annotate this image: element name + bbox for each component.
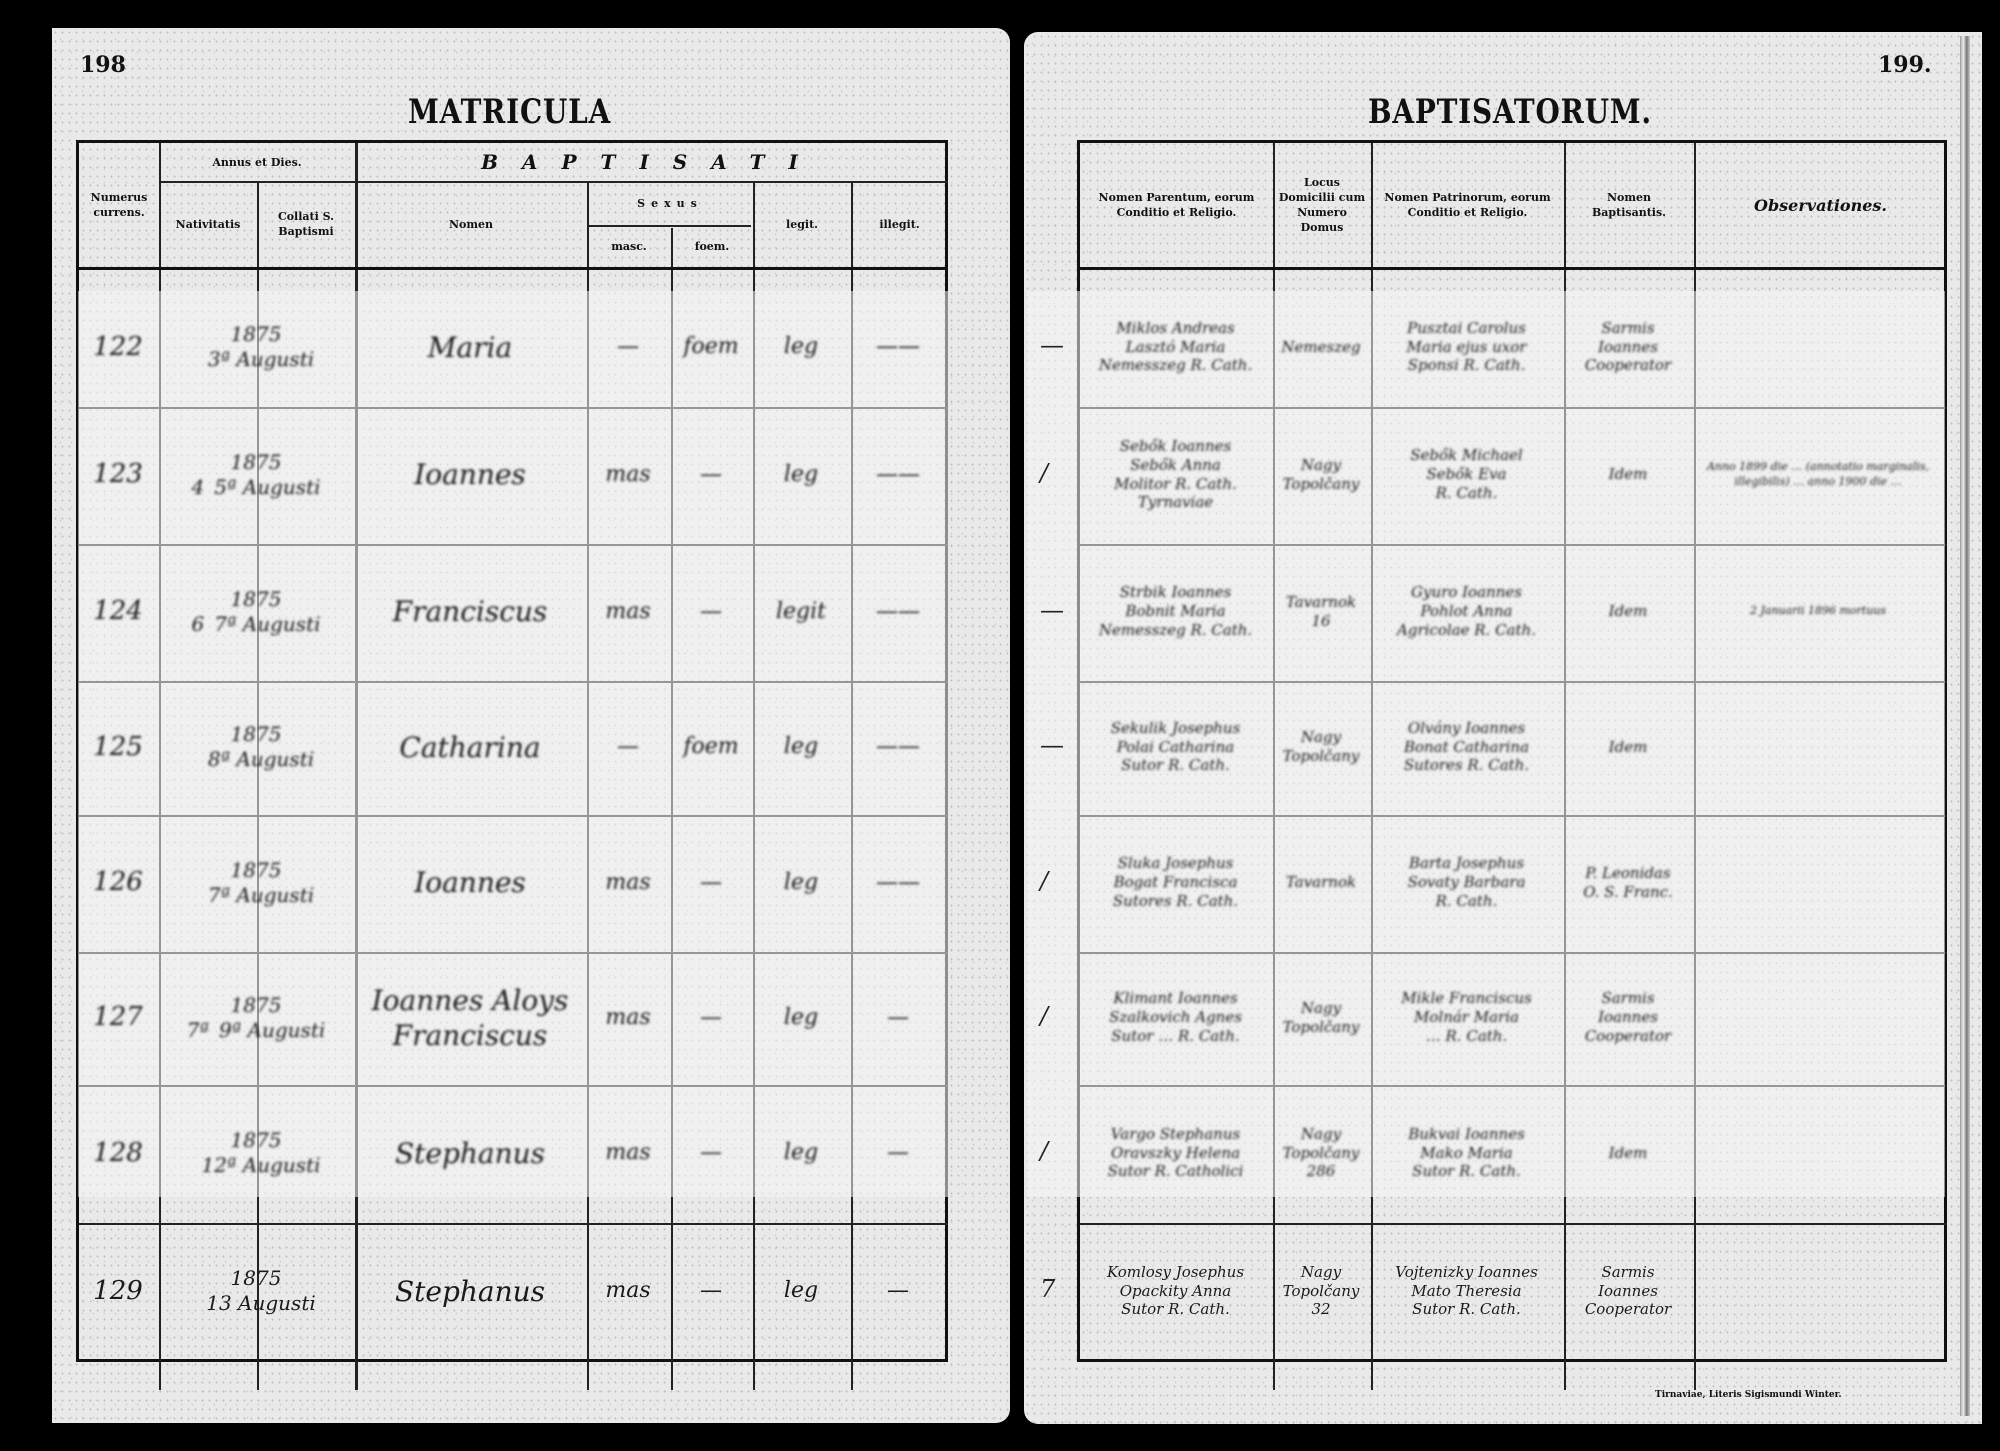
parentes-cell: Sekulik Josephus Polai Catharina Sutor R… [1079,682,1272,812]
masc-cell: mas [586,953,670,1082]
observationes-cell [1693,1224,1943,1358]
parentes-cell: Strbik Ioannes Bobnit Maria Nemesszeg R.… [1079,545,1272,678]
numerus-cell: 129 [78,1224,158,1358]
observationes-cell [1693,953,1943,1082]
date-cell: 18757ª Augusti [158,816,354,949]
numerus-cell: 128 [78,1086,158,1220]
nativitatis-day: 7ª [187,1018,209,1043]
collati-date: 7ª Augusti [208,883,314,908]
collati-date: 12ª Augusti [201,1153,320,1178]
locus-cell: Tavarnok [1272,816,1370,949]
baptisans-cell: P. Leonidas O. S. Franc. [1563,816,1693,949]
illegit-cell: — [850,1086,946,1220]
date-cell: 18758ª Augusti [158,682,354,812]
left-page-title: MATRICULA [408,92,611,132]
baptisans-cell: Idem [1563,682,1693,812]
header-baptisati: BAPTISATI [355,143,948,181]
header-nomen-parentum: Nomen Parentum, eorum Conditio et Religi… [1080,143,1273,267]
header-observationes: Observationes. [1694,143,1947,267]
header-numerus-currens: Numerus currens. [79,143,159,267]
foem-cell: foem [670,290,752,404]
header-nomen-baptisantis: Nomen Baptisantis. [1564,143,1694,267]
header-illegit: illegit. [851,181,948,267]
foem-cell: — [670,1224,752,1358]
locus-cell: Nagy Topolčany [1272,408,1370,541]
legit-cell: leg [752,682,850,812]
collati-date: 8ª Augusti [208,747,314,772]
parentes-cell: Komlosy Josephus Opackity Anna Sutor R. … [1079,1224,1272,1358]
date-cell: 18753ª Augusti [158,290,354,404]
patrini-cell: Bukvai Ioannes Mako Maria Sutor R. Cath. [1370,1086,1563,1220]
legit-cell: leg [752,1224,850,1358]
observationes-cell [1693,816,1943,949]
date-cell: 187512ª Augusti [158,1086,354,1220]
legit-cell: leg [752,816,850,949]
patrini-cell: Vojtenizky Ioannes Mato Theresia Sutor R… [1370,1224,1563,1358]
birth-year: 1875 [231,587,282,612]
legit-cell: leg [752,1086,850,1220]
nomen-cell: Ioannes Aloys Franciscus [354,953,586,1082]
header-nomen: Nomen [355,181,587,267]
right-page-number: 199. [1878,52,1932,78]
baptisans-cell: Idem [1563,408,1693,541]
legit-cell: leg [752,290,850,404]
illegit-cell: —— [850,408,946,541]
masc-cell: mas [586,545,670,678]
header-locus-domicilii: Locus Domicilii cum Numero Domus [1273,143,1371,267]
illegit-cell: —— [850,816,946,949]
locus-cell: Nemeszeg [1272,290,1370,404]
locus-cell: Nagy Topolčany 286 [1272,1086,1370,1220]
birth-year: 1875 [231,1128,282,1153]
nomen-cell: Maria [354,290,586,404]
baptisans-cell: Idem [1563,545,1693,678]
header-annus-et-dies: Annus et Dies. [159,143,355,181]
masc-cell: mas [586,1224,670,1358]
baptisans-cell: Idem [1563,1086,1693,1220]
nativitatis-day: 6 [191,612,204,637]
patrini-cell: Olvány Ioannes Bonat Catharina Sutores R… [1370,682,1563,812]
masc-cell: mas [586,408,670,541]
birth-year: 1875 [231,858,282,883]
masc-cell: — [586,682,670,812]
birth-year: 1875 [231,722,282,747]
foem-cell: — [670,408,752,541]
margin-tick: 7 [1040,1275,1055,1303]
masc-cell: mas [586,816,670,949]
legit-cell: legit [752,545,850,678]
right-page-title: BAPTISATORUM. [1368,92,1652,132]
birth-year: 1875 [231,450,282,475]
header-nativitatis: Nativitatis [159,181,257,267]
illegit-cell: — [850,1224,946,1358]
printer-credit: Tirnaviae, Literis Sigismundi Winter. [1655,1390,1842,1400]
margin-tick: — [1040,596,1064,624]
foem-cell: foem [670,682,752,812]
observationes-cell [1693,290,1943,404]
margin-tick: — [1040,731,1064,759]
patrini-cell: Gyuro Ioannes Pohlot Anna Agricolae R. C… [1370,545,1563,678]
date-cell: 18757ª9ª Augusti [158,953,354,1082]
header-sexus: Sexus [587,181,753,225]
illegit-cell: —— [850,545,946,678]
margin-tick: / [1040,1137,1048,1165]
illegit-cell: —— [850,290,946,404]
date-cell: 187567ª Augusti [158,545,354,678]
foem-cell: — [670,545,752,678]
numerus-cell: 123 [78,408,158,541]
header-nomen-patrinorum: Nomen Patrinorum, eorum Conditio et Reli… [1371,143,1564,267]
patrini-cell: Sebők Michael Sebők Eva R. Cath. [1370,408,1563,541]
numerus-cell: 125 [78,682,158,812]
parentes-cell: Sebők Ioannes Sebők Anna Molitor R. Cath… [1079,408,1272,541]
nomen-cell: Catharina [354,682,586,812]
locus-cell: Nagy Topolčany 32 [1272,1224,1370,1358]
nomen-cell: Ioannes [354,408,586,541]
nomen-cell: Franciscus [354,545,586,678]
left-page-number: 198 [80,52,126,78]
date-cell: 187513 Augusti [158,1224,354,1358]
margin-tick: / [1040,1002,1048,1030]
locus-cell: Nagy Topolčany [1272,682,1370,812]
foem-cell: — [670,816,752,949]
page-edge [1960,36,1970,1416]
observationes-cell: Anno 1899 die … (annotatio marginalis, i… [1693,408,1943,541]
parentes-cell: Sluka Josephus Bogat Francisca Sutores R… [1079,816,1272,949]
observationes-cell [1693,1086,1943,1220]
collati-date: 13 Augusti [206,1291,316,1316]
collati-date: 3ª Augusti [208,347,314,372]
masc-cell: mas [586,1086,670,1220]
numerus-cell: 122 [78,290,158,404]
patrini-cell: Mikle Franciscus Molnár Maria … R. Cath. [1370,953,1563,1082]
patrini-cell: Barta Josephus Sovaty Barbara R. Cath. [1370,816,1563,949]
nomen-cell: Stephanus [354,1224,586,1358]
birth-year: 1875 [231,993,282,1018]
illegit-cell: — [850,953,946,1082]
birth-year: 1875 [231,322,282,347]
legit-cell: leg [752,408,850,541]
baptisans-cell: Sarmis Ioannes Cooperator [1563,290,1693,404]
numerus-cell: 126 [78,816,158,949]
nativitatis-day: 4 [191,475,204,500]
header-masc: masc. [587,225,671,267]
date-cell: 187545ª Augusti [158,408,354,541]
observationes-cell: 2 Januarii 1896 mortuus [1693,545,1943,678]
legit-cell: leg [752,953,850,1082]
observationes-cell [1693,682,1943,812]
locus-cell: Nagy Topolčany [1272,953,1370,1082]
collati-date: 5ª Augusti [214,475,320,500]
header-collati-s-baptismi: Collati S. Baptismi [257,181,355,267]
margin-tick: — [1040,331,1064,359]
foem-cell: — [670,1086,752,1220]
baptisans-cell: Sarmis Ioannes Cooperator [1563,1224,1693,1358]
header-legit: legit. [753,181,851,267]
collati-date: 9ª Augusti [219,1018,325,1043]
margin-tick: / [1040,459,1048,487]
nomen-cell: Ioannes [354,816,586,949]
parentes-cell: Klimant Ioannes Szalkovich Agnes Sutor …… [1079,953,1272,1082]
foem-cell: — [670,953,752,1082]
masc-cell: — [586,290,670,404]
numerus-cell: 127 [78,953,158,1082]
baptisans-cell: Sarmis Ioannes Cooperator [1563,953,1693,1082]
illegit-cell: —— [850,682,946,812]
parentes-cell: Miklos Andreas Lasztó Maria Nemesszeg R.… [1079,290,1272,404]
locus-cell: Tavarnok 16 [1272,545,1370,678]
numerus-cell: 124 [78,545,158,678]
header-foem: foem. [671,225,753,267]
patrini-cell: Pusztai Carolus Maria ejus uxor Sponsi R… [1370,290,1563,404]
birth-year: 1875 [231,1266,282,1291]
nomen-cell: Stephanus [354,1086,586,1220]
margin-tick: / [1040,867,1048,895]
parentes-cell: Vargo Stephanus Oravszky Helena Sutor R.… [1079,1086,1272,1220]
collati-date: 7ª Augusti [214,612,320,637]
